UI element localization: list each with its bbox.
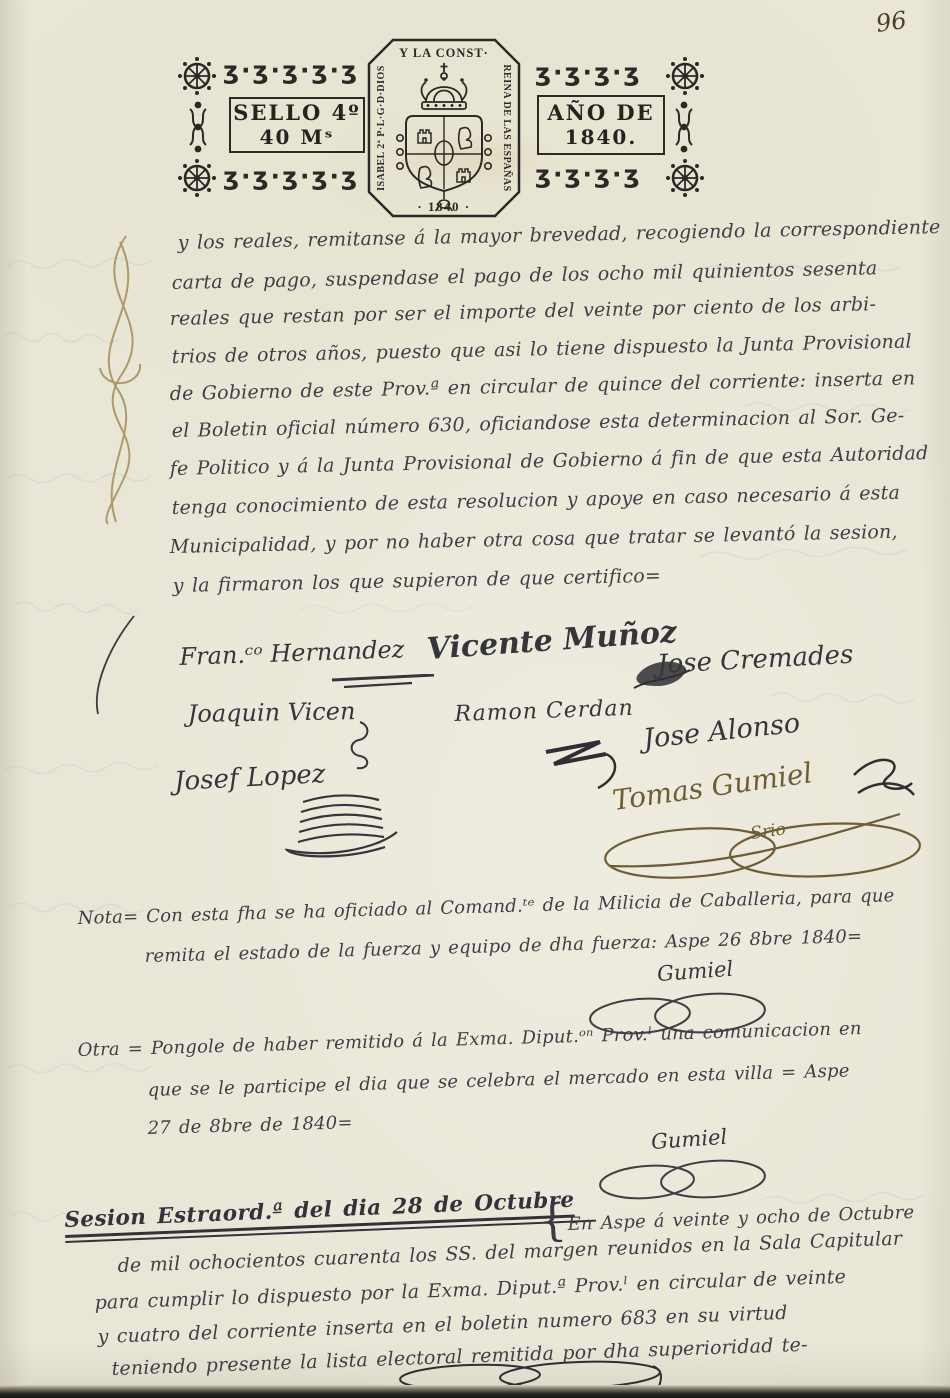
rosette-icon xyxy=(177,56,217,96)
grand-loop-flourish xyxy=(600,808,930,886)
signature-gumiel-otra: Gumiel xyxy=(650,1125,728,1154)
signature-underline-flourish xyxy=(330,674,440,692)
anio-box: AÑO DE 1840. xyxy=(537,95,665,155)
scroll-ornament-row: ʒ·ʒ·ʒ·ʒ xyxy=(535,162,642,187)
manuscript-page: 96 ʒ·ʒ·ʒ·ʒ·ʒ ʒ·ʒ·ʒ·ʒ·ʒ SELLO 4º xyxy=(0,0,950,1398)
rosette-icon xyxy=(665,158,705,198)
signature-joaquin-vicen: Joaquin Vicen xyxy=(188,697,356,728)
pen-stroke xyxy=(88,612,138,717)
scroll-ornament-row: ʒ·ʒ·ʒ·ʒ xyxy=(535,60,642,85)
anio-label: AÑO DE xyxy=(547,101,654,125)
manuscript-line: reales que restan por ser el importe del… xyxy=(170,293,877,330)
knot-ornament-icon xyxy=(187,98,209,156)
manuscript-line: y los reales, remitanse á la mayor breve… xyxy=(178,216,941,254)
nota-line: remita el estado de la fuerza y equipo d… xyxy=(144,926,862,967)
manuscript-line: tenga conocimiento de esta resolucion y … xyxy=(172,482,901,519)
folio-number: 96 xyxy=(874,6,908,38)
seal-text-top: Y LA CONST· xyxy=(399,46,489,60)
rosette-icon xyxy=(665,56,705,96)
rosette-icon xyxy=(177,158,217,198)
seal-text-left: ISABEL 2ª P·L·G·D·DIOS xyxy=(376,65,387,191)
manuscript-line: trios de otros años, puesto que asi lo t… xyxy=(172,331,912,368)
seal-text-right: REINA DE LAS ESPAÑAS xyxy=(501,64,513,191)
signature-coil-flourish xyxy=(285,792,405,862)
signature-jose-alonso: Jose Alonso xyxy=(642,708,802,755)
otra-line: 27 de 8bre de 1840= xyxy=(147,1112,353,1139)
nota-line: Nota= Con esta fha se ha oficiado al Com… xyxy=(77,885,894,929)
manuscript-line: carta de pago, suspendase el pago de los… xyxy=(172,257,878,294)
sello-box: SELLO 4º 40 Mˢ xyxy=(229,97,365,153)
page-bottom-edge xyxy=(0,1385,950,1398)
knot-ornament-icon xyxy=(673,98,695,156)
manuscript-line: el Boletin oficial número 630, oficiando… xyxy=(172,405,905,442)
margin-flourish xyxy=(62,232,172,527)
scroll-ornament-row: ʒ·ʒ·ʒ·ʒ·ʒ xyxy=(223,164,359,189)
otra-line: que se le participe el dia que se celebr… xyxy=(147,1060,849,1101)
lion-icon xyxy=(419,128,472,188)
manuscript-line: y la firmaron los que supieron de que ce… xyxy=(173,565,662,597)
signature-jose-cremades: Jose Cremades xyxy=(656,640,854,680)
signature-ramon-cerdan: Ramon Cerdan xyxy=(454,696,634,727)
sello-price: 40 Mˢ xyxy=(260,126,335,149)
session-heading: Sesion Estraord.ª del dia 28 de Octubre xyxy=(64,1188,575,1243)
royal-seal: Y LA CONST· · 1840 · ISABEL 2ª P·L·G·D·D… xyxy=(365,36,523,220)
signature-rubric-loops xyxy=(848,745,918,800)
signature-francisco-hernandez: Fran.ᶜᵒ Hernandez xyxy=(179,635,405,671)
anio-year: 1840. xyxy=(565,126,638,149)
signature-rubric-loop xyxy=(345,718,375,773)
signature-gumiel-nota: Gumiel xyxy=(656,957,734,986)
sello-class: SELLO 4º xyxy=(233,101,360,125)
otra-line: Otra = Pongole de haber remitido á la Ex… xyxy=(77,1018,862,1061)
crown-icon xyxy=(422,63,467,109)
seal-text-bottom: · 1840 · xyxy=(417,199,470,214)
scroll-ornament-row: ʒ·ʒ·ʒ·ʒ·ʒ xyxy=(223,58,359,83)
manuscript-line: fe Politico y á la Junta Provisional de … xyxy=(170,442,929,480)
gumiel-flourish xyxy=(595,1155,770,1207)
revenue-stamp: ʒ·ʒ·ʒ·ʒ·ʒ ʒ·ʒ·ʒ·ʒ·ʒ SELLO 4º 40 Mˢ Y LA … xyxy=(175,42,707,220)
